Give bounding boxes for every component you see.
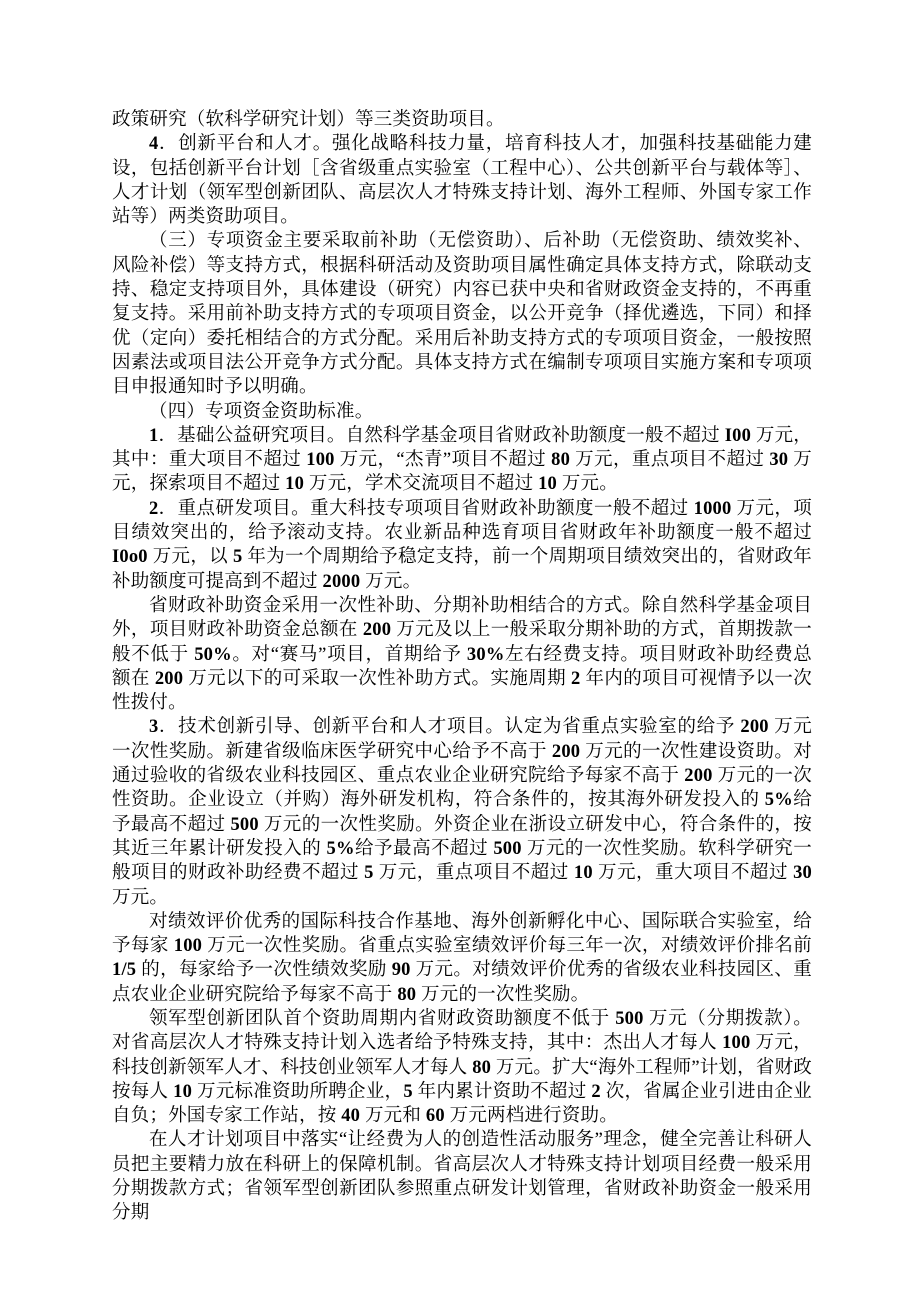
paragraph: 4．创新平台和人才。强化战略科技力量，培育科技人才，加强科技基础能力建设，包括创… — [112, 132, 812, 229]
numeric-run: 200 — [740, 717, 768, 737]
text-run: 万元，重大项目不超过 — [593, 863, 793, 883]
paragraph: 政策研究（软科学研究计划）等三类资助项目。 — [112, 108, 812, 132]
text-run: 万元和 — [360, 1106, 426, 1126]
text-run: 万元的一次性奖励。 — [416, 985, 589, 1005]
text-run: 万元，重点项目不超过 — [374, 863, 574, 883]
numeric-run: 40 — [341, 1106, 360, 1126]
document-text: 政策研究（软科学研究计划）等三类资助项目。4．创新平台和人才。强化战略科技力量，… — [112, 108, 812, 1226]
numeric-run: 1/5 — [112, 960, 136, 980]
paragraph: 领军型创新团队首个资助周期内省财政资助额度不低于 500 万元（分期拨款）。对省… — [112, 1007, 812, 1128]
numeric-run: 60 — [426, 1106, 445, 1126]
numeric-run: 80 — [551, 450, 570, 470]
text-run: 年内累计资助不超过 — [413, 1082, 592, 1102]
text-run: 万元，以 — [148, 547, 233, 567]
numeric-run: 10 — [285, 474, 304, 494]
text-run: 政策研究（软科学研究计划）等三类资助项目。 — [112, 110, 505, 130]
numeric-run: I00 — [725, 426, 751, 446]
numeric-run: 5 — [233, 547, 242, 567]
numeric-run: 30 — [793, 863, 812, 883]
numeric-run: 80 — [472, 1058, 491, 1078]
numeric-run: 5 — [403, 1082, 412, 1102]
numeric-run: 30% — [467, 645, 505, 665]
text-run: 万元，重点项目不超过 — [570, 450, 769, 470]
document-page: 政策研究（软科学研究计划）等三类资助项目。4．创新平台和人才。强化战略科技力量，… — [0, 0, 920, 1301]
text-run: 万元。 — [360, 572, 421, 592]
text-run: ．技术创新引导、创新平台和人才项目。认定为省重点实验室的给予 — [158, 717, 740, 737]
text-run: ．重点研发项目。重大科技专项项目省财政补助额度一般不超过 — [158, 499, 693, 519]
text-run: 万元。 — [557, 474, 618, 494]
numeric-run: 500 — [615, 1009, 643, 1029]
numeric-run: 100 — [174, 936, 202, 956]
paragraph: 1．基础公益研究项目。自然科学基金项目省财政补助额度一般不超过 I00 万元，其… — [112, 424, 812, 497]
paragraph: 对绩效评价优秀的国际科技合作基地、海外创新孵化中心、国际联合实验室，给予每家 1… — [112, 910, 812, 1007]
numeric-run: 30 — [769, 450, 788, 470]
numeric-run: 5 — [364, 863, 373, 883]
numeric-run: 80 — [397, 985, 416, 1005]
numeric-run: 10 — [173, 1082, 192, 1102]
text-run: 万元两档进行资助。 — [445, 1106, 618, 1126]
numeric-run: I0o0 — [112, 547, 148, 567]
text-run: 给予最高不超过 — [355, 839, 494, 859]
numeric-run: 1000 — [694, 499, 732, 519]
numeric-run: 90 — [392, 960, 411, 980]
numeric-run: 200 — [684, 766, 712, 786]
text-run: ．基础公益研究项目。自然科学基金项目省财政补助额度一般不超过 — [158, 426, 724, 446]
text-run: 万元以下的可采取一次性补助方式。实施周期 — [183, 669, 571, 689]
numeric-run: 200 — [552, 742, 580, 762]
paragraph: （三）专项资金主要采取前补助（无偿资助）、后补助（无偿资助、绩效奖补、风险补偿）… — [112, 229, 812, 399]
numeric-run: 200 — [363, 620, 391, 640]
numeric-run: 500 — [493, 839, 521, 859]
text-run: 。对“赛马”项目，首期给予 — [232, 645, 467, 665]
numeric-run: 200 — [155, 669, 183, 689]
text-run: 万元标准资助所聘企业， — [192, 1082, 403, 1102]
paragraph: 省财政补助资金采用一次性补助、分期补助相结合的方式。除自然科学基金项目外，项目财… — [112, 594, 812, 715]
paragraph: （四）专项资金资助标准。 — [112, 400, 812, 424]
text-run: 万元，学术交流项目不超过 — [304, 474, 538, 494]
text-run: 万元，“杰青”项目不超过 — [335, 450, 552, 470]
text-run: （三）专项资金主要采取前补助（无偿资助）、后补助（无偿资助、绩效奖补、风险补偿）… — [112, 231, 812, 397]
numeric-run: 10 — [538, 474, 557, 494]
numeric-run: 10 — [574, 863, 593, 883]
paragraph: 3．技术创新引导、创新平台和人才项目。认定为省重点实验室的给予 200 万元一次… — [112, 715, 812, 909]
numeric-run: 5% — [765, 790, 793, 810]
numeric-run: 500 — [230, 815, 258, 835]
text-run: ．创新平台和人才。强化战略科技力量，培育科技人才，加强科技基础能力建设，包括创新… — [112, 134, 812, 227]
paragraph: 在人才计划项目中落实“让经费为人的创造性活动服务”理念，健全完善让科研人员把主要… — [112, 1128, 812, 1225]
text-run: 万元。 — [112, 888, 168, 908]
paragraph: 2．重点研发项目。重大科技专项项目省财政补助额度一般不超过 1000 万元，项目… — [112, 497, 812, 594]
text-run: 万元一次性奖励。省重点实验室绩效评价每三年一次，对绩效评价排名前 — [202, 936, 812, 956]
numeric-run: 100 — [722, 1033, 750, 1053]
numeric-run: 5% — [327, 839, 355, 859]
numeric-run: 2 — [591, 1082, 600, 1102]
text-run: 的，每家给予一次性绩效奖励 — [136, 960, 391, 980]
text-run: 在人才计划项目中落实“让经费为人的创造性活动服务”理念，健全完善让科研人员把主要… — [112, 1130, 812, 1223]
numeric-run: 2000 — [323, 572, 361, 592]
text-run: （四）专项资金资助标准。 — [149, 402, 373, 422]
numeric-run: 50% — [194, 645, 232, 665]
text-run: 领军型创新团队首个资助周期内省财政资助额度不低于 — [149, 1009, 615, 1029]
numeric-run: 100 — [306, 450, 334, 470]
